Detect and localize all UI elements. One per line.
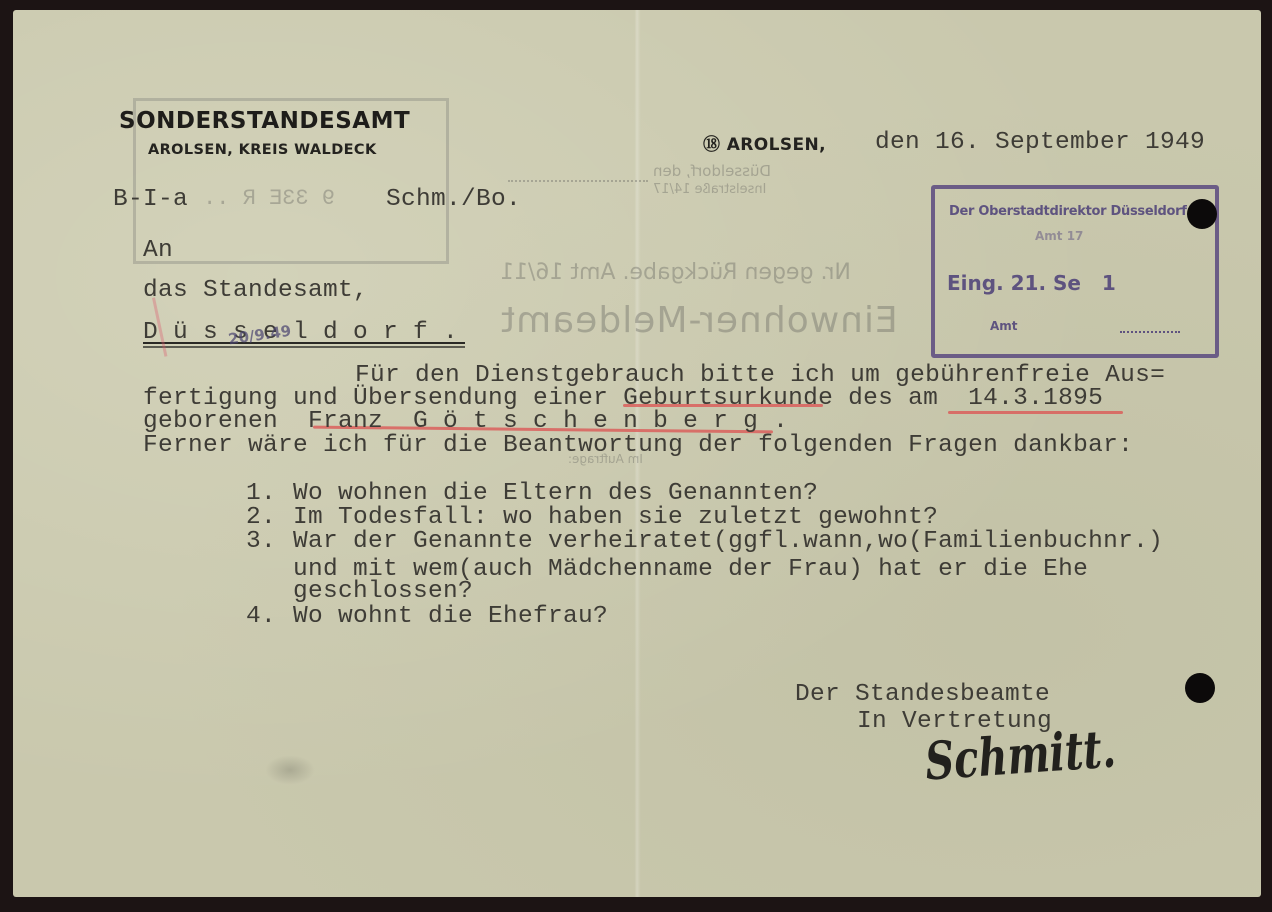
- salutation: An: [143, 239, 173, 263]
- body-line-3: geborenen Franz G ö t s c h e n b e r g …: [143, 410, 788, 434]
- place-prefix: ⑱ AROLSEN,: [703, 130, 826, 155]
- body-line-4: Ferner wäre ich für die Beantwortung der…: [143, 434, 1133, 458]
- question-3-text: War der Genannte verheiratet(ggfl.wann,w…: [293, 530, 1163, 554]
- received-stamp: Der Oberstadtdirektor Düsseldorf Amt 17 …: [931, 185, 1219, 358]
- question-3-number: 3.: [246, 530, 276, 554]
- signatory-title: Der Standesbeamte: [795, 683, 1050, 707]
- office-location: AROLSEN, KREIS WALDECK: [148, 142, 377, 158]
- question-2-text: Im Todesfall: wo haben sie zuletzt gewoh…: [293, 506, 938, 530]
- received-stamp-signature-line: [1120, 331, 1180, 333]
- document-page: 9 33E R .. SONDERSTANDESAMT AROLSEN, KRE…: [13, 10, 1261, 897]
- received-stamp-amt: Amt: [990, 319, 1018, 333]
- handwritten-signature: Schmitt.: [923, 718, 1118, 792]
- question-1-text: Wo wohnen die Eltern des Genannten?: [293, 482, 818, 506]
- received-stamp-date: Eing. 21. Se 1: [947, 271, 1116, 295]
- question-4-number: 4.: [246, 605, 276, 629]
- binder-hole-bottom: [1185, 673, 1215, 703]
- author-initials: Schm./Bo.: [386, 188, 521, 212]
- bleed-through-dotted-line: [508, 180, 648, 182]
- city-underline: [143, 342, 465, 344]
- faint-stamp-text: 9 33E R ..: [203, 186, 335, 211]
- question-2-number: 2.: [246, 506, 276, 530]
- question-4-text: Wo wohnt die Ehefrau?: [293, 605, 608, 629]
- question-3-continuation-2: geschlossen?: [293, 580, 473, 604]
- bleed-through-address: Inselstraße 14/17: [653, 182, 766, 197]
- recipient-office: das Standesamt,: [143, 279, 368, 303]
- question-1-number: 1.: [246, 482, 276, 506]
- bleed-through-reference: Nr. gegen Rückgabe. Amt 16/11: [500, 260, 851, 285]
- received-stamp-dept: Amt 17: [1035, 229, 1083, 243]
- received-stamp-authority: Der Oberstadtdirektor Düsseldorf: [949, 204, 1187, 219]
- binder-hole-top: [1187, 199, 1217, 229]
- letter-date: den 16. September 1949: [875, 131, 1205, 155]
- city-underline-2: [143, 346, 465, 348]
- bleed-through-place: Düsseldorf, den: [653, 162, 771, 180]
- office-name: SONDERSTANDESAMT: [119, 108, 410, 134]
- bleed-through-office: Einwohner-Meldeamt: [500, 300, 898, 341]
- file-code: B-I-a: [113, 188, 188, 212]
- ink-smudge: [265, 755, 315, 785]
